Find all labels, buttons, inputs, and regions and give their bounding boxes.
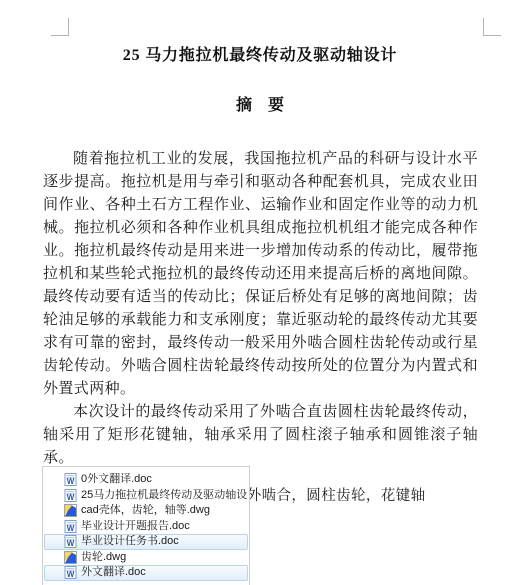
svg-text:W: W [67,477,75,486]
document-page: 25 马力拖拉机最终传动及驱动轴设计 摘 要 随着拖拉机工业的发展，我国拖拉机产… [0,0,520,585]
file-name: 毕业设计任务书.doc [81,535,179,548]
abstract-paragraph-2: 本次设计的最终传动采用了外啮合直齿圆柱齿轮最终传动，轴采用了矩形花键轴，轴承采用… [43,401,478,470]
file-name: 0外文翻译.doc [81,473,152,486]
svg-text:W: W [67,539,75,548]
file-name: 25马力拖拉机最终传动及驱动轴设计（... [81,489,248,502]
dwg-file-icon [64,551,77,564]
file-row[interactable]: W 毕业设计开题报告.doc [44,519,248,535]
dwg-file-icon [64,504,77,517]
file-name: cad壳体，齿轮，轴等.dwg [81,504,210,517]
svg-text:W: W [67,493,75,502]
file-name: 外文翻译.doc [81,566,146,579]
text-boundary-mark-top-left [51,18,69,36]
file-row[interactable]: W 0外文翻译.doc [44,472,248,488]
word-doc-icon: W [64,566,77,579]
document-title: 25 马力拖拉机最终传动及驱动轴设计 [0,42,520,65]
text-boundary-mark-top-right [483,18,501,36]
abstract-body: 随着拖拉机工业的发展，我国拖拉机产品的科研与设计水平逐步提高。拖拉机是用与牵引和… [43,148,478,508]
file-row-selected[interactable]: W 毕业设计任务书.doc [44,534,248,550]
file-row[interactable]: cad壳体，齿轮，轴等.dwg [44,503,248,519]
word-doc-icon: W [64,535,77,548]
file-name: 齿轮.dwg [81,551,126,564]
file-row-selected[interactable]: W 外文翻译.doc [44,565,248,581]
word-doc-icon: W [64,473,77,486]
abstract-heading: 摘 要 [0,92,520,115]
file-name: 毕业设计开题报告.doc [81,520,190,533]
file-row[interactable]: W 25马力拖拉机最终传动及驱动轴设计（... [44,488,248,504]
file-row[interactable]: 齿轮.dwg [44,550,248,566]
abstract-paragraph-1: 随着拖拉机工业的发展，我国拖拉机产品的科研与设计水平逐步提高。拖拉机是用与牵引和… [43,148,478,401]
svg-text:W: W [67,570,75,579]
word-doc-icon: W [64,520,77,533]
word-doc-icon: W [64,489,77,502]
svg-text:W: W [67,524,75,533]
file-list: W 0外文翻译.doc W 25马力拖拉机最终传动及驱动轴设计（... cad壳… [42,466,250,585]
